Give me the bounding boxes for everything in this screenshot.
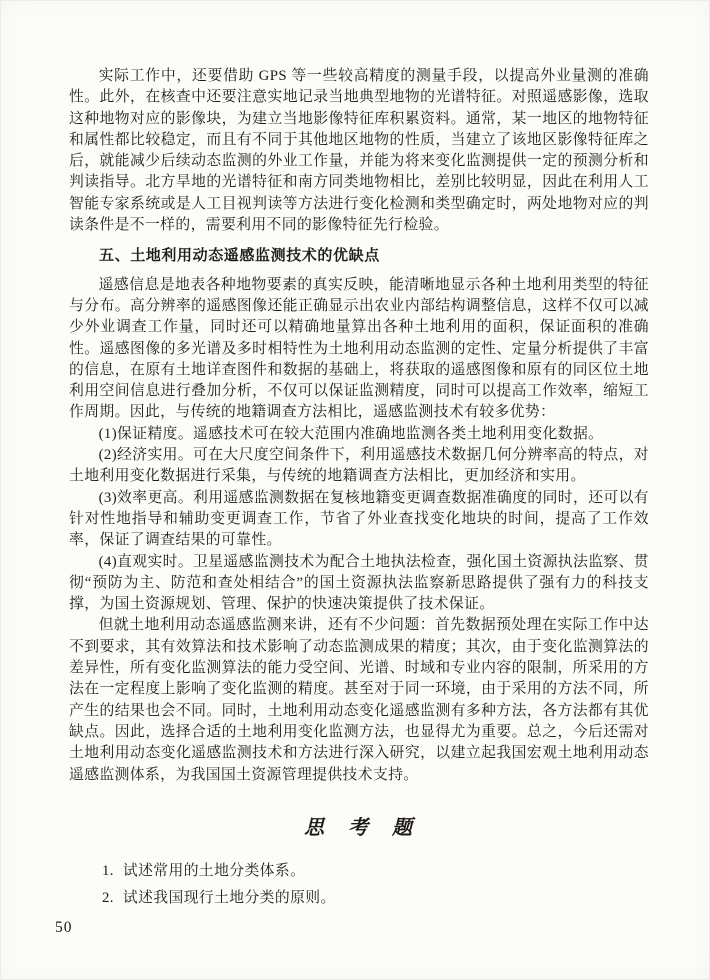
paragraph-fieldwork-gps: 实际工作中，还要借助 GPS 等一些较高精度的测量手段，以提高外业量测的准确性。… (69, 66, 649, 236)
exercise-number: 2. (102, 890, 114, 906)
advantage-item-1-accuracy: (1)保证精度。遥感技术可在较大范围内准确地监测各类土地利用变化数据。 (69, 424, 649, 445)
section-heading-pros-cons: 五、土地利用动态遥感监测技术的优缺点 (69, 245, 649, 266)
exercise-text: 试述常用的土地分类体系。 (123, 863, 305, 879)
exercise-text: 试述我国现行土地分类的原则。 (123, 890, 336, 906)
exercises-heading: 思 考 题 (69, 816, 649, 840)
exercise-item-2: 2.试述我国现行土地分类的原则。 (69, 887, 649, 910)
advantage-item-2-economy: (2)经济实用。可在大尺度空间条件下，利用遥感技术数据几何分辨率高的特点，对土地… (69, 445, 649, 488)
paragraph-problems-conclusion: 但就土地利用动态遥感监测来讲，还有不少问题：首先数据预处理在实际工作中达不到要求… (69, 615, 649, 785)
page-body: 实际工作中，还要借助 GPS 等一些较高精度的测量手段，以提高外业量测的准确性。… (69, 66, 649, 914)
page-number: 50 (55, 919, 73, 937)
advantage-item-3-efficiency: (3)效率更高。利用遥感监测数据在复核地籍变更调查数据准确度的同时，还可以有针对… (69, 488, 649, 552)
exercise-number: 1. (102, 863, 114, 879)
advantage-item-4-realtime: (4)直观实时。卫星遥感监测技术为配合土地执法检查，强化国土资源执法监察、贯彻“… (69, 552, 649, 616)
document-page: 实际工作中，还要借助 GPS 等一些较高精度的测量手段，以提高外业量测的准确性。… (0, 0, 710, 980)
paragraph-remote-sensing-advantages-intro: 遥感信息是地表各种地物要素的真实反映，能清晰地显示各种土地利用类型的特征与分布。… (69, 275, 649, 424)
exercises-list: 1.试述常用的土地分类体系。 2.试述我国现行土地分类的原则。 (69, 860, 649, 910)
exercise-item-1: 1.试述常用的土地分类体系。 (69, 860, 649, 883)
